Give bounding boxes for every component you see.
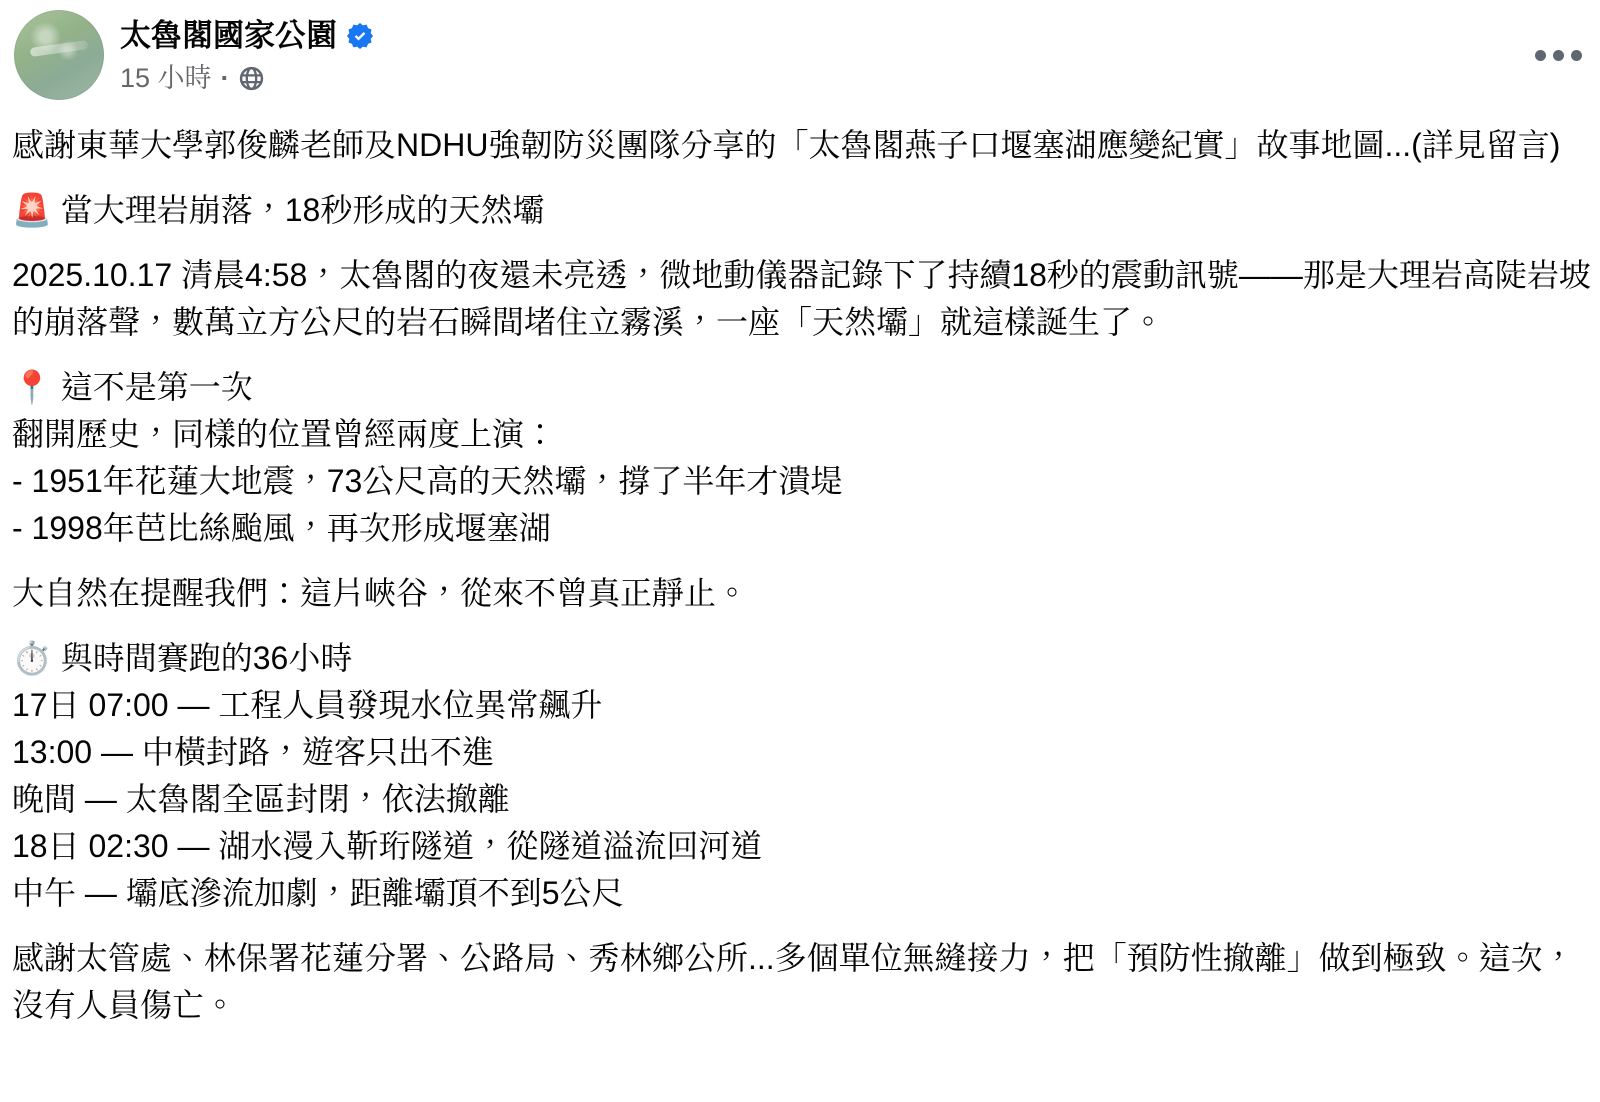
post-header-info: 太魯閣國家公園 15 小時 · <box>120 10 1588 94</box>
post-paragraph-event: 2025.10.17 清晨4:58，太魯閣的夜還未亮透，微地動儀器記錄下了持續1… <box>12 252 1600 346</box>
meta-separator: · <box>221 62 230 94</box>
post-paragraph-nature: 大自然在提醒我們：這片峽谷，從來不曾真正靜止。 <box>12 570 1600 617</box>
ellipsis-dot <box>1571 50 1582 61</box>
post-paragraph-headline: 🚨 當大理岩崩落，18秒形成的天然壩 <box>12 187 1600 234</box>
ellipsis-dot <box>1535 50 1546 61</box>
post-paragraph-thanks: 感謝太管處、林保署花蓮分署、公路局、秀林鄉公所...多個單位無縫接力，把「預防性… <box>12 935 1600 1029</box>
post-paragraph-timeline: ⏱️ 與時間賽跑的36小時 17日 07:00 — 工程人員發現水位異常飆升 1… <box>12 635 1600 917</box>
globe-icon <box>239 66 264 91</box>
timestamp[interactable]: 15 小時 <box>120 62 212 94</box>
post-paragraph-credit: 感謝東華大學郭俊麟老師及NDHU強韌防災團隊分享的「太魯閣燕子口堰塞湖應變紀實」… <box>12 122 1600 169</box>
post-paragraph-history: 📍 這不是第一次 翻開歷史，同樣的位置曾經兩度上演： - 1951年花蓮大地震，… <box>12 364 1600 552</box>
ellipsis-dot <box>1553 50 1564 61</box>
facebook-post: 太魯閣國家公園 15 小時 · <box>0 0 1600 1102</box>
post-meta-row: 15 小時 · <box>120 62 1588 94</box>
page-name-row: 太魯閣國家公園 <box>120 18 1588 54</box>
post-header: 太魯閣國家公園 15 小時 · <box>0 0 1600 100</box>
more-options-button[interactable] <box>1527 42 1590 69</box>
page-name[interactable]: 太魯閣國家公園 <box>120 18 337 54</box>
avatar[interactable] <box>14 10 104 100</box>
verified-badge-icon <box>347 23 373 49</box>
post-body: 感謝東華大學郭俊麟老師及NDHU強韌防災團隊分享的「太魯閣燕子口堰塞湖應變紀實」… <box>0 100 1600 1029</box>
